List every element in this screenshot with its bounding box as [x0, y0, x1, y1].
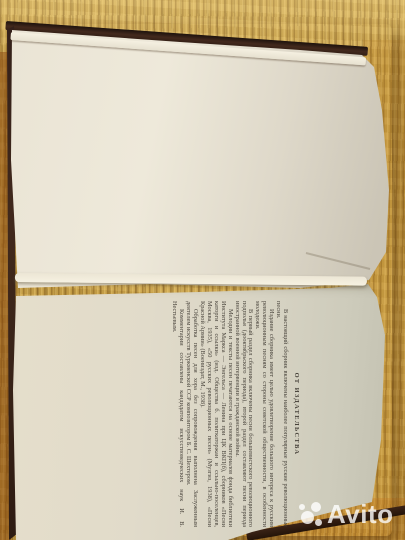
book-photo: ОТ ИЗДАТЕЛЬСТВА В настоящий сборник вклю… [0, 0, 405, 540]
blank-verso-page [8, 28, 392, 290]
avito-wordmark: Avito [327, 499, 394, 530]
avito-circle-medium [311, 502, 321, 512]
avito-circle-tiny [315, 519, 322, 526]
page-paragraph: Обработка песен для хора без сопровожден… [184, 301, 198, 527]
page-paragraph: В настоящий сборник включены наиболее по… [274, 301, 288, 527]
page-paragraph: В первый раздел сборника включены песни … [233, 301, 254, 527]
avito-circles-icon [294, 497, 326, 531]
page-heading: ОТ ИЗДАТЕЛЬСТВА [293, 301, 300, 527]
publisher-note: ОТ ИЗДАТЕЛЬСТВА В настоящий сборник вклю… [150, 295, 305, 535]
avito-circle-large [301, 511, 314, 524]
page-paragraph: Издание сборника имеет целью удовлетворе… [253, 301, 274, 527]
avito-watermark: Avito [294, 495, 405, 537]
page-paragraph: Комментарии составлены кандидатом искусс… [171, 301, 185, 527]
page-paragraph: Мелодии и тексты песен печатаются на осн… [198, 301, 233, 527]
avito-circle-small [299, 504, 305, 510]
